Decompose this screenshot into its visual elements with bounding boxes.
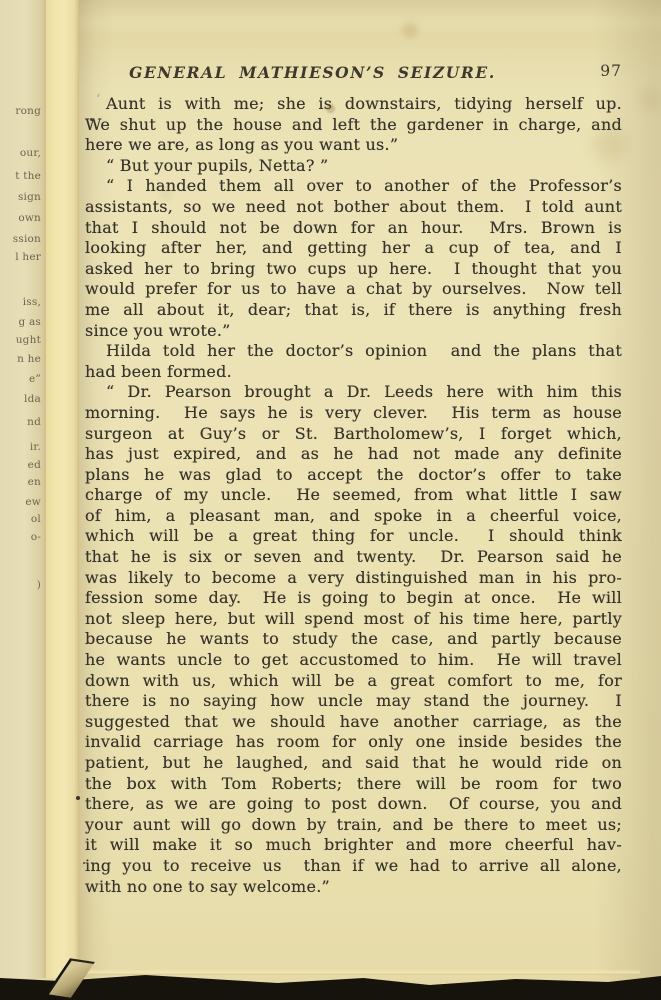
text-line: that I should not be down for an hour. M… bbox=[85, 218, 622, 239]
text-line: assistants, so we need not bother about … bbox=[85, 197, 622, 218]
text-line: had been formed. bbox=[85, 362, 622, 383]
text-line: with no one to say welcome.” bbox=[85, 877, 622, 898]
text-line: Aunt is with me; she is downstairs, tidy… bbox=[85, 94, 622, 115]
text-line: morning. He says he is very clever. His … bbox=[85, 403, 622, 424]
text-line: ing you to receive us than if we had to … bbox=[85, 856, 622, 877]
text-line: since you wrote.” bbox=[85, 321, 622, 342]
facing-page-text-fragment: ught bbox=[1, 334, 41, 346]
facing-page-text-fragment: e” bbox=[1, 373, 41, 385]
text-line: “ Dr. Pearson brought a Dr. Leeds here w… bbox=[85, 382, 622, 403]
facing-page-text-fragment: sign bbox=[1, 191, 41, 203]
facing-page-text-fragment: nd bbox=[1, 416, 41, 428]
text-line: not sleep here, but will spend most of h… bbox=[85, 609, 622, 630]
text-line: fession some day. He is going to begin a… bbox=[85, 588, 622, 609]
paper-stain bbox=[640, 88, 661, 110]
facing-page-text-fragment: rong bbox=[1, 105, 41, 117]
text-line: here we are, as long as you want us.” bbox=[85, 135, 622, 156]
page-fore-edge bbox=[46, 0, 79, 978]
text-line: suggested that we should have another ca… bbox=[85, 712, 622, 733]
facing-page-text-fragment: iss, bbox=[1, 296, 41, 308]
text-line: there is no saying how uncle may stand t… bbox=[85, 691, 622, 712]
facing-page-text-fragment: ol bbox=[1, 513, 41, 525]
text-line: your aunt will go down by train, and be … bbox=[85, 815, 622, 836]
facing-page-text-fragment: l her bbox=[1, 251, 41, 263]
facing-page-text-fragment: own bbox=[1, 212, 41, 224]
text-line: down with us, which will be a great comf… bbox=[85, 671, 622, 692]
text-line: because he wants to study the case, and … bbox=[85, 629, 622, 650]
running-title: GENERAL MATHIESON’S SEIZURE. bbox=[85, 63, 540, 82]
text-line: charge of my uncle. He seemed, from what… bbox=[85, 485, 622, 506]
text-block: Aunt is with me; she is downstairs, tidy… bbox=[85, 94, 622, 897]
facing-page-text-fragment: en bbox=[1, 476, 41, 488]
text-line: We shut up the house and left the garden… bbox=[85, 115, 622, 136]
text-line: the box with Tom Roberts; there will be … bbox=[85, 774, 622, 795]
text-line: it will make it so much brighter and mor… bbox=[85, 835, 622, 856]
paper-stain bbox=[402, 22, 418, 38]
text-line: me all about it, dear; that is, if there… bbox=[85, 300, 622, 321]
page-number: 97 bbox=[590, 62, 622, 80]
facing-page-edge: rongour,t thesignownssionl heriss,g asug… bbox=[0, 0, 46, 978]
text-line: surgeon at Guy’s or St. Bartholomew’s, I… bbox=[85, 424, 622, 445]
text-line: “ But your pupils, Netta? ” bbox=[85, 156, 622, 177]
page-bottom-edge bbox=[80, 969, 640, 975]
facing-page-text-fragment: g as bbox=[1, 316, 41, 328]
text-line: there, as we are going to post down. Of … bbox=[85, 794, 622, 815]
facing-page-text-fragment: ) bbox=[1, 579, 41, 591]
text-line: which will be a great thing for uncle. I… bbox=[85, 526, 622, 547]
facing-page-text-fragment: ssion bbox=[1, 233, 41, 245]
text-line: patient, but he laughed, and said that h… bbox=[85, 753, 622, 774]
text-line: that he is six or seven and twenty. Dr. … bbox=[85, 547, 622, 568]
text-line: looking after her, and getting her a cup… bbox=[85, 238, 622, 259]
facing-page-text-fragment: o- bbox=[1, 531, 41, 543]
text-line: “ I handed them all over to another of t… bbox=[85, 176, 622, 197]
facing-page-text-fragment: ew bbox=[1, 496, 41, 508]
text-line: invalid carriage has room for only one i… bbox=[85, 732, 622, 753]
facing-page-text-fragment: lda bbox=[1, 393, 41, 405]
text-line: Hilda told her the doctor’s opinion and … bbox=[85, 341, 622, 362]
text-line: asked her to bring two cups up here. I t… bbox=[85, 259, 622, 280]
scanned-book-page: rongour,t thesignownssionl heriss,g asug… bbox=[0, 0, 661, 1000]
text-line: has just expired, and as he had not made… bbox=[85, 444, 622, 465]
text-line: would prefer for us to have a chat by ou… bbox=[85, 279, 622, 300]
facing-page-text-fragment: t the bbox=[1, 170, 41, 182]
text-line: he wants uncle to get accustomed to him.… bbox=[85, 650, 622, 671]
facing-page-text-fragment: ir. bbox=[1, 441, 41, 453]
facing-page-text-fragment: ed bbox=[1, 459, 41, 471]
text-line: was likely to become a very distinguishe… bbox=[85, 568, 622, 589]
text-line: of him, a pleasant man, and spoke in a c… bbox=[85, 506, 622, 527]
facing-page-text-fragment: n he bbox=[1, 353, 41, 365]
facing-page-text-fragment: our, bbox=[1, 147, 41, 159]
text-line: plans he was glad to accept the doctor’s… bbox=[85, 465, 622, 486]
